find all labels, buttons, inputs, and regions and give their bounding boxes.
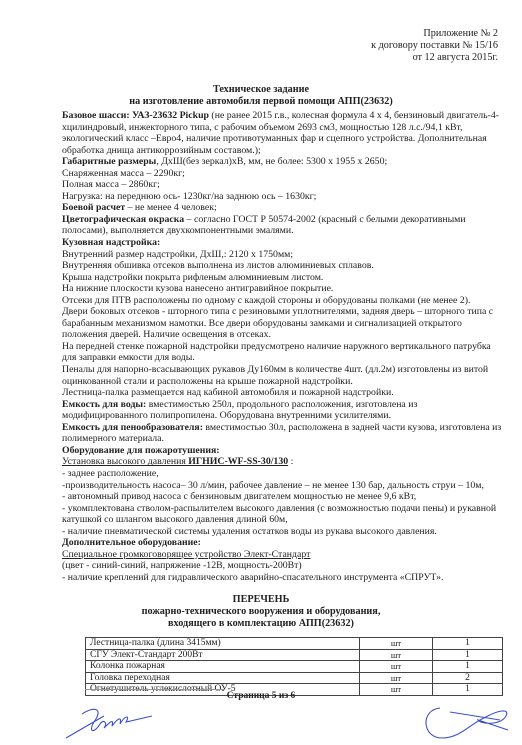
hp-line: -производительность насоса– 30 л/мин, ра… bbox=[62, 480, 502, 492]
table-row: СГУ Элект-Стандарт 200Втшт1 bbox=[86, 649, 503, 661]
item-qty: 1 bbox=[433, 661, 503, 673]
body-line: На нижние плоскости кузова нанесено анти… bbox=[62, 283, 502, 295]
signature-left bbox=[64, 702, 154, 742]
hp-line: - заднее расположение, bbox=[62, 468, 502, 480]
paint-paragraph: Цветографическая окраска – согласно ГОСТ… bbox=[62, 214, 502, 237]
body-line: Лестница-палка размещается над кабиной а… bbox=[62, 387, 502, 399]
hp-line: - автономный привод насоса с бензиновым … bbox=[62, 491, 502, 503]
body-line: Внутренний размер надстройки, ДхШ,: 2120… bbox=[62, 249, 502, 261]
body-heading: Кузовная надстройка: bbox=[62, 237, 502, 249]
dims-paragraph: Габаритные размеры, ДхШ(без зеркал)хВ, м… bbox=[62, 156, 502, 168]
extra-heading: Дополнительное оборудование: bbox=[62, 537, 502, 549]
gross-mass: Полная масса – 2860кг; bbox=[62, 179, 502, 191]
item-unit: шт bbox=[360, 661, 433, 673]
body-line: Отсеки для ПТВ расположены по одному с к… bbox=[62, 295, 502, 307]
body-lines: Внутренний размер надстройки, ДхШ,: 2120… bbox=[62, 249, 502, 399]
body-line: На передней стенке пожарной надстройки п… bbox=[62, 341, 502, 364]
document-page: Приложение № 2 к договору поставки № 15/… bbox=[0, 0, 522, 745]
date-line: от 12 августа 2015г. bbox=[371, 52, 498, 64]
hp-line: - наличие пневматической системы удалени… bbox=[62, 526, 502, 538]
hp-lines: - заднее расположение,-производительност… bbox=[62, 468, 502, 537]
foam-paragraph: Емкость для пенообразователя: вместимост… bbox=[62, 422, 502, 445]
item-qty: 1 bbox=[433, 649, 503, 661]
extra-device: Специальное громкоговорящее устройство Э… bbox=[62, 549, 502, 561]
table-row: Головка переходнаяшт2 bbox=[86, 672, 503, 684]
table-row: Колонка пожарнаяшт1 bbox=[86, 661, 503, 673]
subtitle-line: на изготовление автомобиля первой помощи… bbox=[0, 96, 522, 108]
item-name: СГУ Элект-Стандарт 200Вт bbox=[86, 649, 360, 661]
extra-line: - наличие креплений для гидравлического … bbox=[62, 572, 502, 584]
body-line: Крыша надстройки покрыта рифленым алюмин… bbox=[62, 272, 502, 284]
body-line: Пеналы для напорно-всасывающих рукавов Д… bbox=[62, 364, 502, 387]
equipment-list-title: ПЕРЕЧЕНЬ пожарно-технического вооружения… bbox=[0, 594, 522, 631]
chassis-paragraph: Базовое шасси: УАЗ-23632 Pickup (не ране… bbox=[62, 110, 502, 156]
title-line: Техническое задание bbox=[0, 84, 522, 96]
item-qty: 2 bbox=[433, 672, 503, 684]
spec-body: Базовое шасси: УАЗ-23632 Pickup (не ране… bbox=[62, 110, 502, 583]
fire-heading: Оборудование для пожаротушения: bbox=[62, 445, 502, 457]
body-line: Внутренняя обшивка отсеков выполнена из … bbox=[62, 260, 502, 272]
appendix-line: Приложение № 2 bbox=[371, 28, 498, 40]
body-line: Двери боковых отсеков - шторного типа с … bbox=[62, 306, 502, 341]
hp-unit-heading: Установка высокого давления ИГНИС-WF-SS-… bbox=[62, 456, 502, 468]
signature-right bbox=[420, 700, 510, 742]
item-name: Колонка пожарная bbox=[86, 661, 360, 673]
item-unit: шт bbox=[360, 672, 433, 684]
extra-lines: (цвет - синий-синий, напряжение -12В, мо… bbox=[62, 560, 502, 583]
item-name: Лестница-палка (длина 3415мм) bbox=[86, 638, 360, 650]
item-unit: шт bbox=[360, 649, 433, 661]
water-paragraph: Емкость для воды: вместимостью 250л, про… bbox=[62, 399, 502, 422]
contract-line: к договору поставки № 15/16 bbox=[371, 40, 498, 52]
appendix-header: Приложение № 2 к договору поставки № 15/… bbox=[371, 28, 498, 64]
extra-line: (цвет - синий-синий, напряжение -12В, мо… bbox=[62, 560, 502, 572]
document-title: Техническое задание на изготовление авто… bbox=[0, 84, 522, 108]
footer-divider bbox=[85, 689, 225, 690]
hp-line: - укомплектована стволом-распылителем вы… bbox=[62, 503, 502, 526]
curb-mass: Снаряженная масса – 2290кг; bbox=[62, 168, 502, 180]
crew-paragraph: Боевой расчет – не менее 4 человек; bbox=[62, 202, 502, 214]
equipment-table: Лестница-палка (длина 3415мм)шт1СГУ Элек… bbox=[85, 637, 503, 696]
table-row: Лестница-палка (длина 3415мм)шт1 bbox=[86, 638, 503, 650]
axle-load: Нагрузка: на переднюю ось- 1230кг/на зад… bbox=[62, 191, 502, 203]
item-name: Головка переходная bbox=[86, 672, 360, 684]
item-unit: шт bbox=[360, 638, 433, 650]
item-qty: 1 bbox=[433, 638, 503, 650]
